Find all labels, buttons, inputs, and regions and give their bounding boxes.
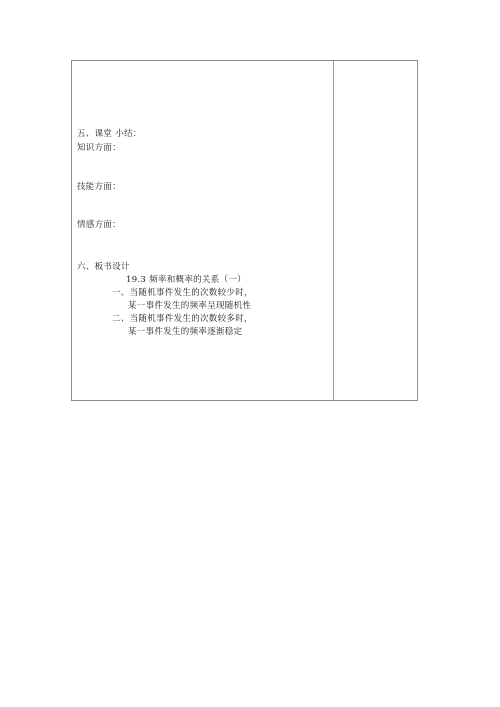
board-item-2-line-1: 二、当随机事件发生的次数较多时， — [112, 314, 253, 325]
emotion-label: 情感方面： — [77, 220, 121, 231]
summary-heading: 五、课堂 小结： — [77, 129, 142, 140]
skills-label: 技能方面： — [77, 182, 121, 193]
board-title: 19.3 频率和概率的关系（一） — [126, 275, 246, 286]
lesson-table: 五、课堂 小结： 知识方面： 技能方面： 情感方面： 六、板书设计 19.3 频… — [71, 60, 418, 401]
board-heading: 六、板书设计 — [77, 262, 130, 273]
column-divider — [333, 61, 334, 400]
knowledge-label: 知识方面： — [77, 143, 121, 154]
board-item-1-line-2: 某一事件发生的频率呈现随机性 — [128, 301, 251, 312]
board-item-1-line-1: 一、当随机事件发生的次数较少时， — [112, 288, 253, 299]
board-item-2-line-2: 某一事件发生的频率逐渐稳定 — [128, 327, 242, 338]
